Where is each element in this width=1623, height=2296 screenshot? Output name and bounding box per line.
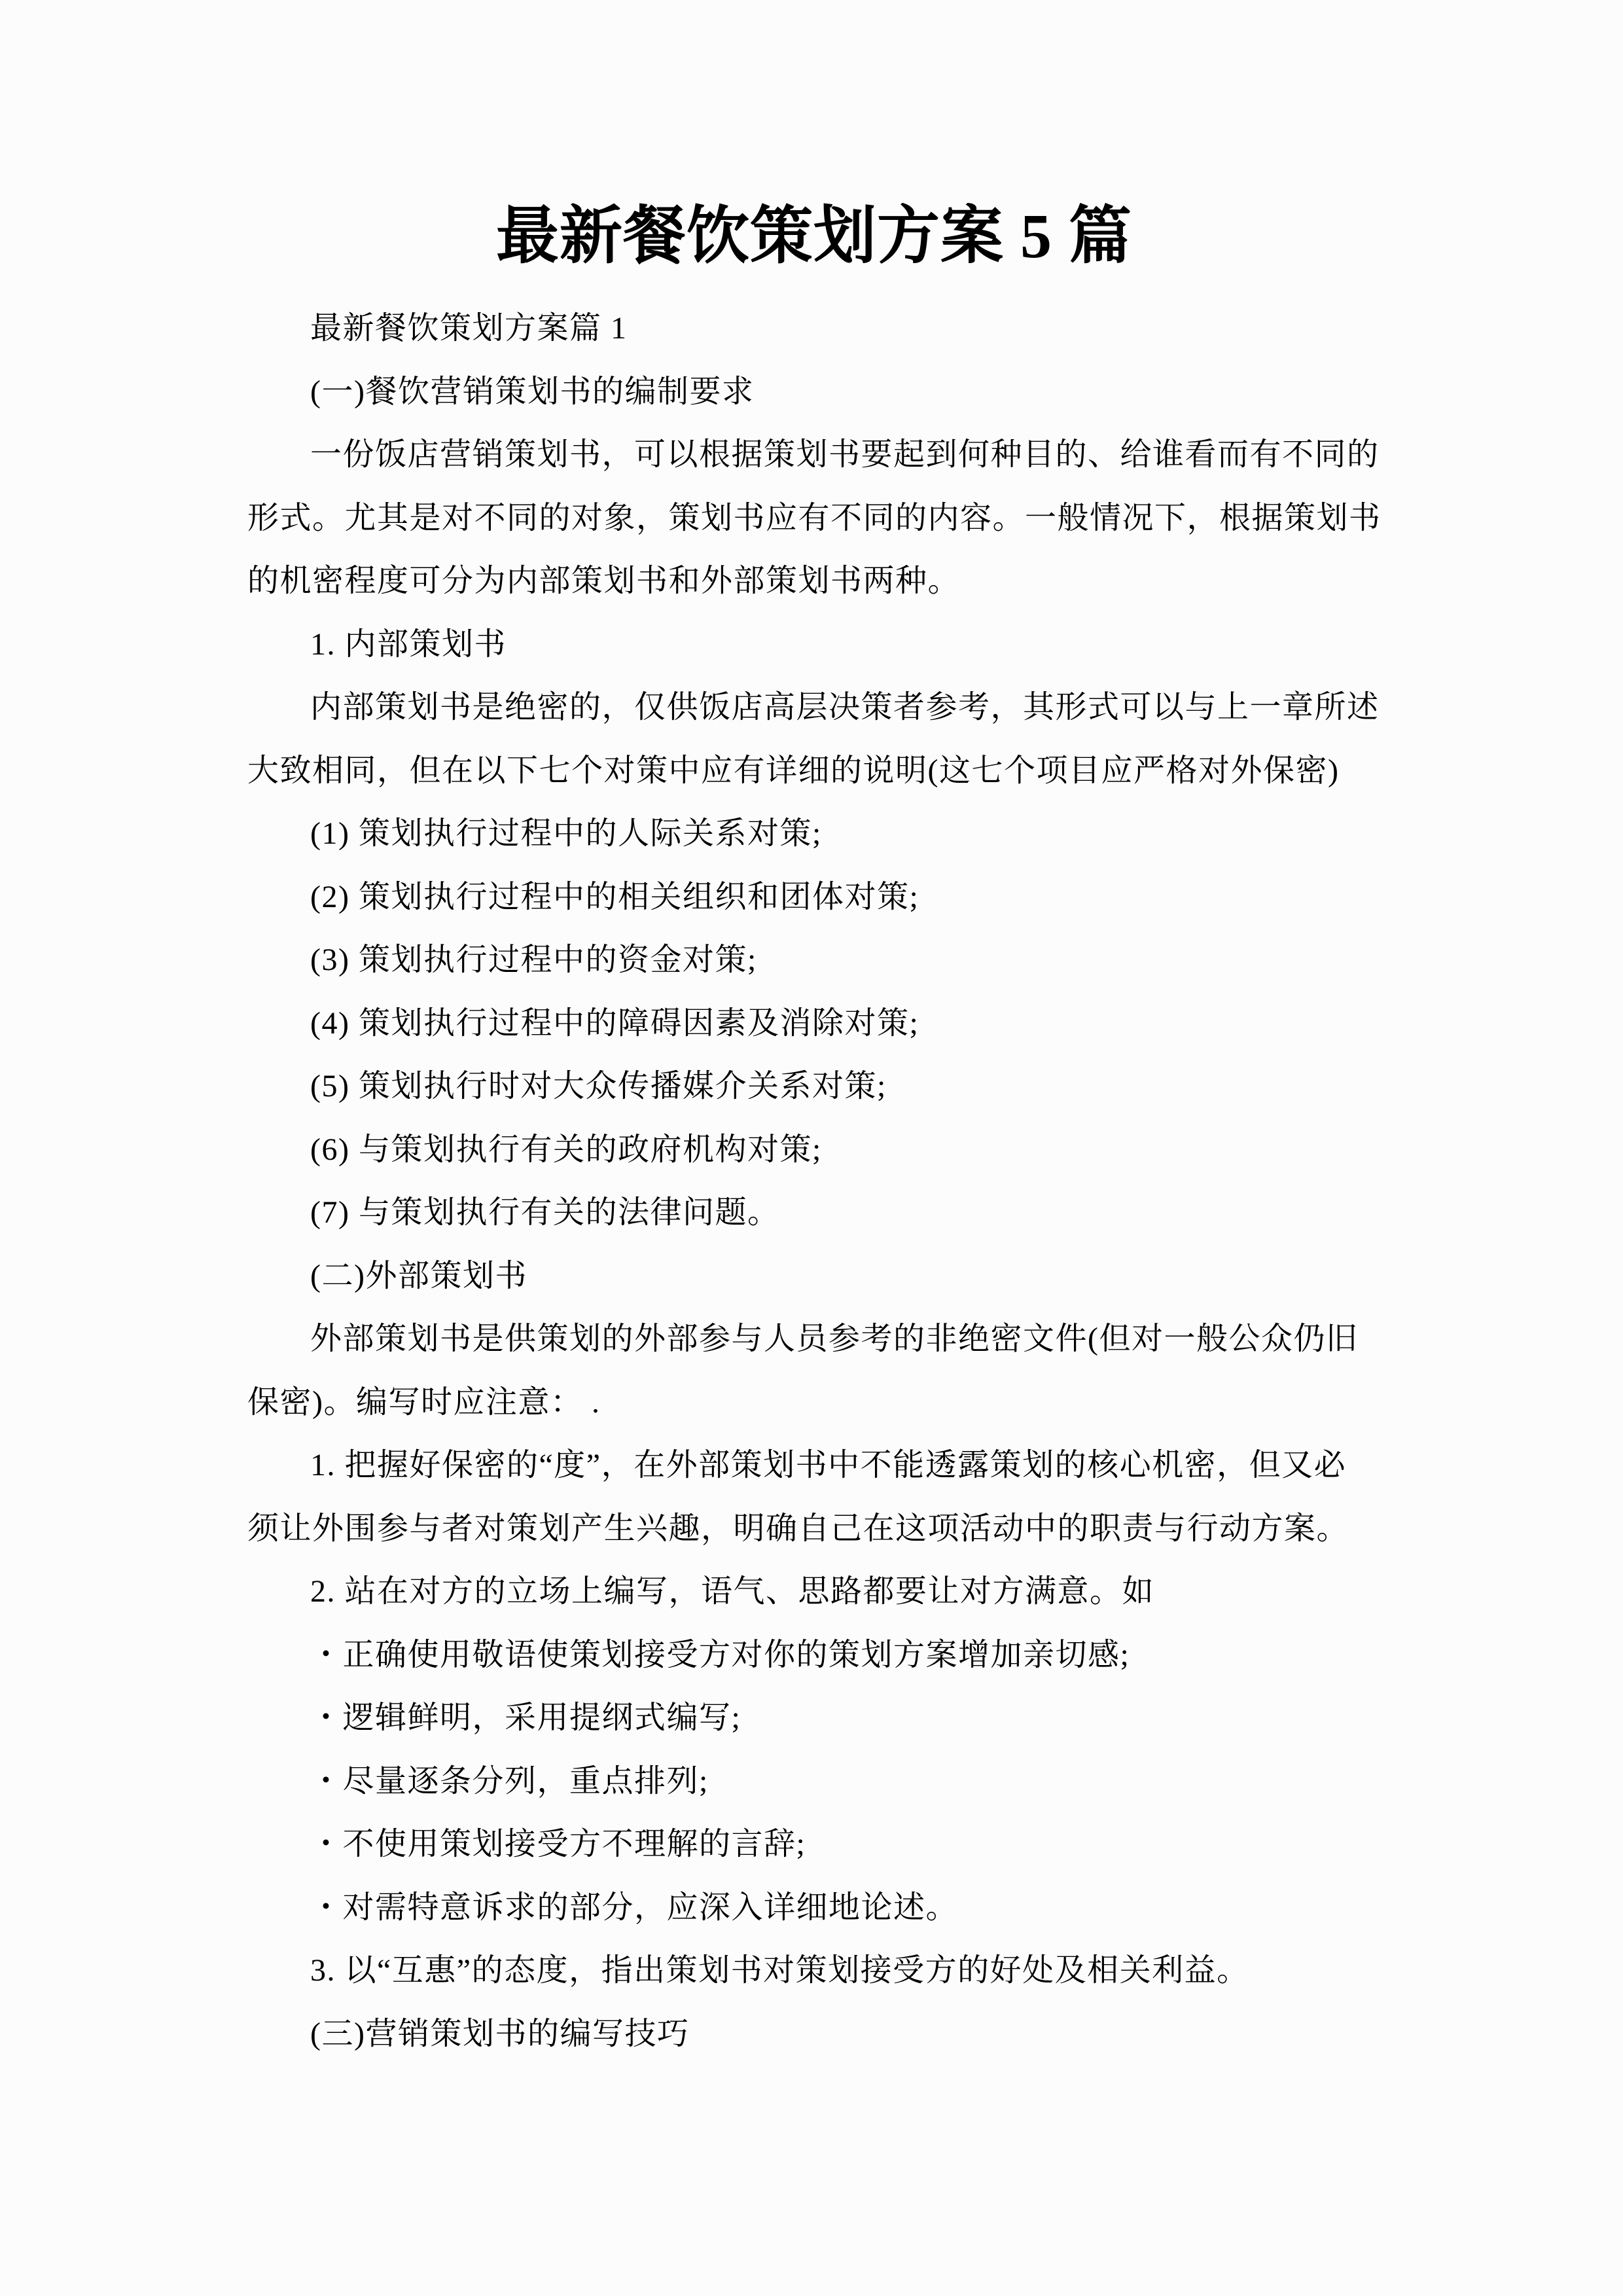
paragraph-line: (三)营销策划书的编写技巧 [247, 2003, 1381, 2066]
paragraph-line: 的机密程度可分为内部策划书和外部策划书两种。 [247, 550, 1381, 613]
paragraph-line: 1. 把握好保密的“度”，在外部策划书中不能透露策划的核心机密，但又必 [247, 1434, 1381, 1498]
paragraph-line: (2) 策划执行过程中的相关组织和团体对策; [247, 866, 1381, 929]
paragraph-line: 内部策划书是绝密的，仅供饭店高层决策者参考，其形式可以与上一章所述 [247, 676, 1381, 740]
paragraph-line: 3. 以“互惠”的态度，指出策划书对策划接受方的好处及相关利益。 [247, 1939, 1381, 2003]
paragraph-line: (3) 策划执行过程中的资金对策; [247, 929, 1381, 992]
paragraph-line: 最新餐饮策划方案篇 1 [247, 297, 1381, 361]
paragraph-line: 形式。尤其是对不同的对象，策划书应有不同的内容。一般情况下，根据策划书 [247, 487, 1381, 550]
paragraph-line: (二)外部策划书 [247, 1245, 1381, 1308]
paragraph-line: (一)餐饮营销策划书的编制要求 [247, 361, 1381, 424]
paragraph-line: ・逻辑鲜明，采用提纲式编写; [247, 1687, 1381, 1750]
paragraph-line: ・不使用策划接受方不理解的言辞; [247, 1813, 1381, 1876]
document-page: 最新餐饮策划方案 5 篇 最新餐饮策划方案篇 1 (一)餐饮营销策划书的编制要求… [0, 0, 1623, 2296]
paragraph-line: 2. 站在对方的立场上编写，语气、思路都要让对方满意。如 [247, 1560, 1381, 1624]
paragraph-line: ・对需特意诉求的部分，应深入详细地论述。 [247, 1876, 1381, 1940]
document-body: 最新餐饮策划方案篇 1 (一)餐饮营销策划书的编制要求 一份饭店营销策划书，可以… [247, 297, 1381, 2066]
paragraph-line: (6) 与策划执行有关的政府机构对策; [247, 1119, 1381, 1182]
paragraph-line: ・正确使用敬语使策划接受方对你的策划方案增加亲切感; [247, 1624, 1381, 1687]
paragraph-line: (5) 策划执行时对大众传播媒介关系对策; [247, 1055, 1381, 1119]
document-title: 最新餐饮策划方案 5 篇 [247, 194, 1381, 279]
paragraph-line: 须让外围参与者对策划产生兴趣，明确自己在这项活动中的职责与行动方案。 [247, 1498, 1381, 1561]
paragraph-line: (4) 策划执行过程中的障碍因素及消除对策; [247, 992, 1381, 1056]
paragraph-line: 1. 内部策划书 [247, 613, 1381, 677]
paragraph-line: 一份饭店营销策划书，可以根据策划书要起到何种目的、给谁看而有不同的 [247, 423, 1381, 487]
paragraph-line: 大致相同，但在以下七个对策中应有详细的说明(这七个项目应严格对外保密) [247, 740, 1381, 803]
paragraph-line: ・尽量逐条分列，重点排列; [247, 1750, 1381, 1814]
paragraph-line: 保密)。编写时应注意： . [247, 1371, 1381, 1435]
paragraph-line: 外部策划书是供策划的外部参与人员参考的非绝密文件(但对一般公众仍旧 [247, 1308, 1381, 1371]
paragraph-line: (1) 策划执行过程中的人际关系对策; [247, 802, 1381, 866]
paragraph-line: (7) 与策划执行有关的法律问题。 [247, 1181, 1381, 1245]
